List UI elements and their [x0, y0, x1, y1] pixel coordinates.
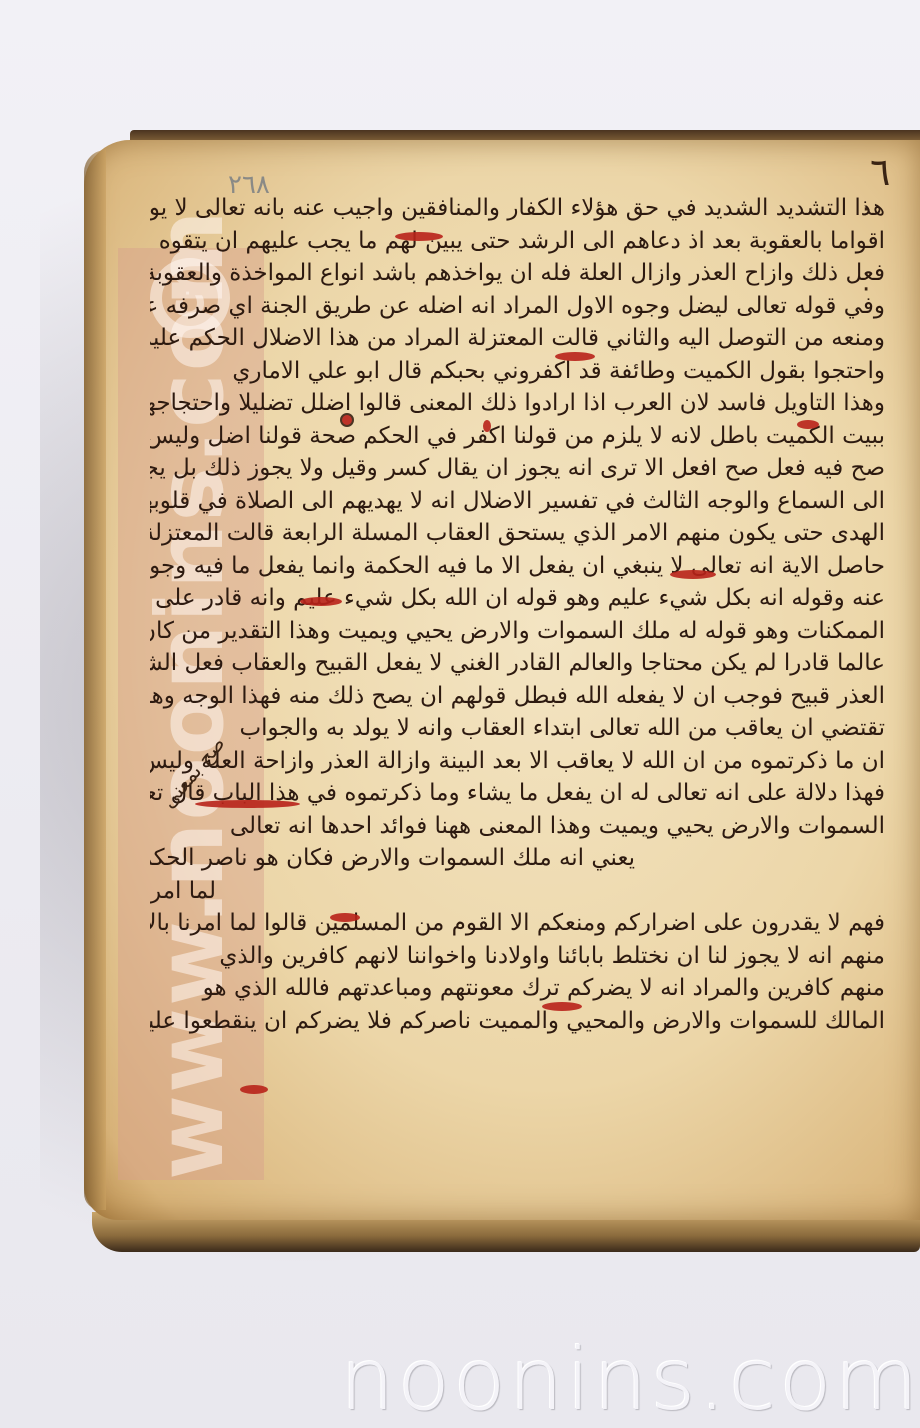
text-line: منهم كافرين والمراد انه لا يضركم ترك معو…	[150, 972, 885, 1005]
text-line: العذر قبيح فوجب ان لا يفعله الله فبطل قو…	[150, 680, 885, 713]
text-line: ومنعه من التوصل اليه والثاني قالت المعتز…	[150, 322, 885, 355]
text-line: عالما قادرا لم يكن محتاجا والعالم القادر…	[150, 647, 885, 680]
bottom-watermark: noonins.com	[340, 1330, 920, 1428]
rubric-mark	[330, 913, 360, 922]
rubric-mark	[340, 413, 354, 427]
text-line: واحتجوا بقول الكميت وطائفة قد اكفروني بح…	[150, 355, 885, 388]
page-curled-edge	[84, 150, 106, 1210]
text-line: تقتضي ان يعاقب من الله تعالى ابتداء العق…	[150, 712, 885, 745]
text-line: هذا التشديد الشديد في حق هؤلاء الكفار وا…	[150, 192, 885, 225]
text-line: وهذا التاويل فاسد لان العرب اذا ارادوا ذ…	[150, 387, 885, 420]
rubric-mark	[670, 570, 716, 579]
text-line: ببيت الكميت باطل لانه لا يلزم من قولنا ا…	[150, 420, 885, 453]
text-line: منهم انه لا يجوز لنا ان نختلط بابائنا وا…	[150, 940, 885, 973]
text-line: لما امر	[150, 875, 885, 908]
rubric-mark	[542, 1002, 582, 1011]
text-line: المالك للسموات والارض والمحيي والمميت نا…	[150, 1005, 885, 1038]
text-line: حاصل الاية انه تعالى لا ينبغي ان يفعل ال…	[150, 550, 885, 583]
text-line: وفي قوله تعالى ليضل وجوه الاول المراد ان…	[150, 290, 885, 323]
corner-mark: ٦	[870, 150, 890, 194]
rubric-mark	[240, 1085, 268, 1094]
text-line: الهدى حتى يكون منهم الامر الذي يستحق الع…	[150, 517, 885, 550]
rubric-mark	[483, 420, 491, 432]
text-line: صح فيه فعل صح افعل الا ترى انه يجوز ان ي…	[150, 452, 885, 485]
text-line: ان ما ذكرتموه من ان الله لا يعاقب الا بع…	[150, 745, 885, 778]
rubric-mark	[195, 800, 300, 808]
rubric-mark	[300, 597, 342, 606]
text-line: فعل ذلك وازاح العذر وازال العلة فله ان ي…	[150, 257, 885, 290]
rubric-mark	[797, 420, 819, 429]
text-line: فهم لا يقدرون على اضراركم ومنعكم الا الق…	[150, 907, 885, 940]
text-line: الممكنات وهو قوله له ملك السموات والارض …	[150, 615, 885, 648]
text-line-indented: يعني انه ملك السموات والارض فكان هو ناصر…	[150, 842, 885, 875]
text-line: اقواما بالعقوبة بعد اذ دعاهم الى الرشد ح…	[150, 225, 885, 258]
text-line: عنه وقوله انه بكل شيء عليم وهو قوله ان ا…	[150, 582, 885, 615]
rubric-mark	[395, 232, 443, 241]
text-line: السموات والارض يحيي ويميت وهذا المعنى هه…	[150, 810, 885, 843]
text-line: الى السماع والوجه الثالث في تفسير الاضلا…	[150, 485, 885, 518]
rubric-mark	[555, 352, 595, 361]
manuscript-text: هذا التشديد الشديد في حق هؤلاء الكفار وا…	[150, 192, 885, 1037]
